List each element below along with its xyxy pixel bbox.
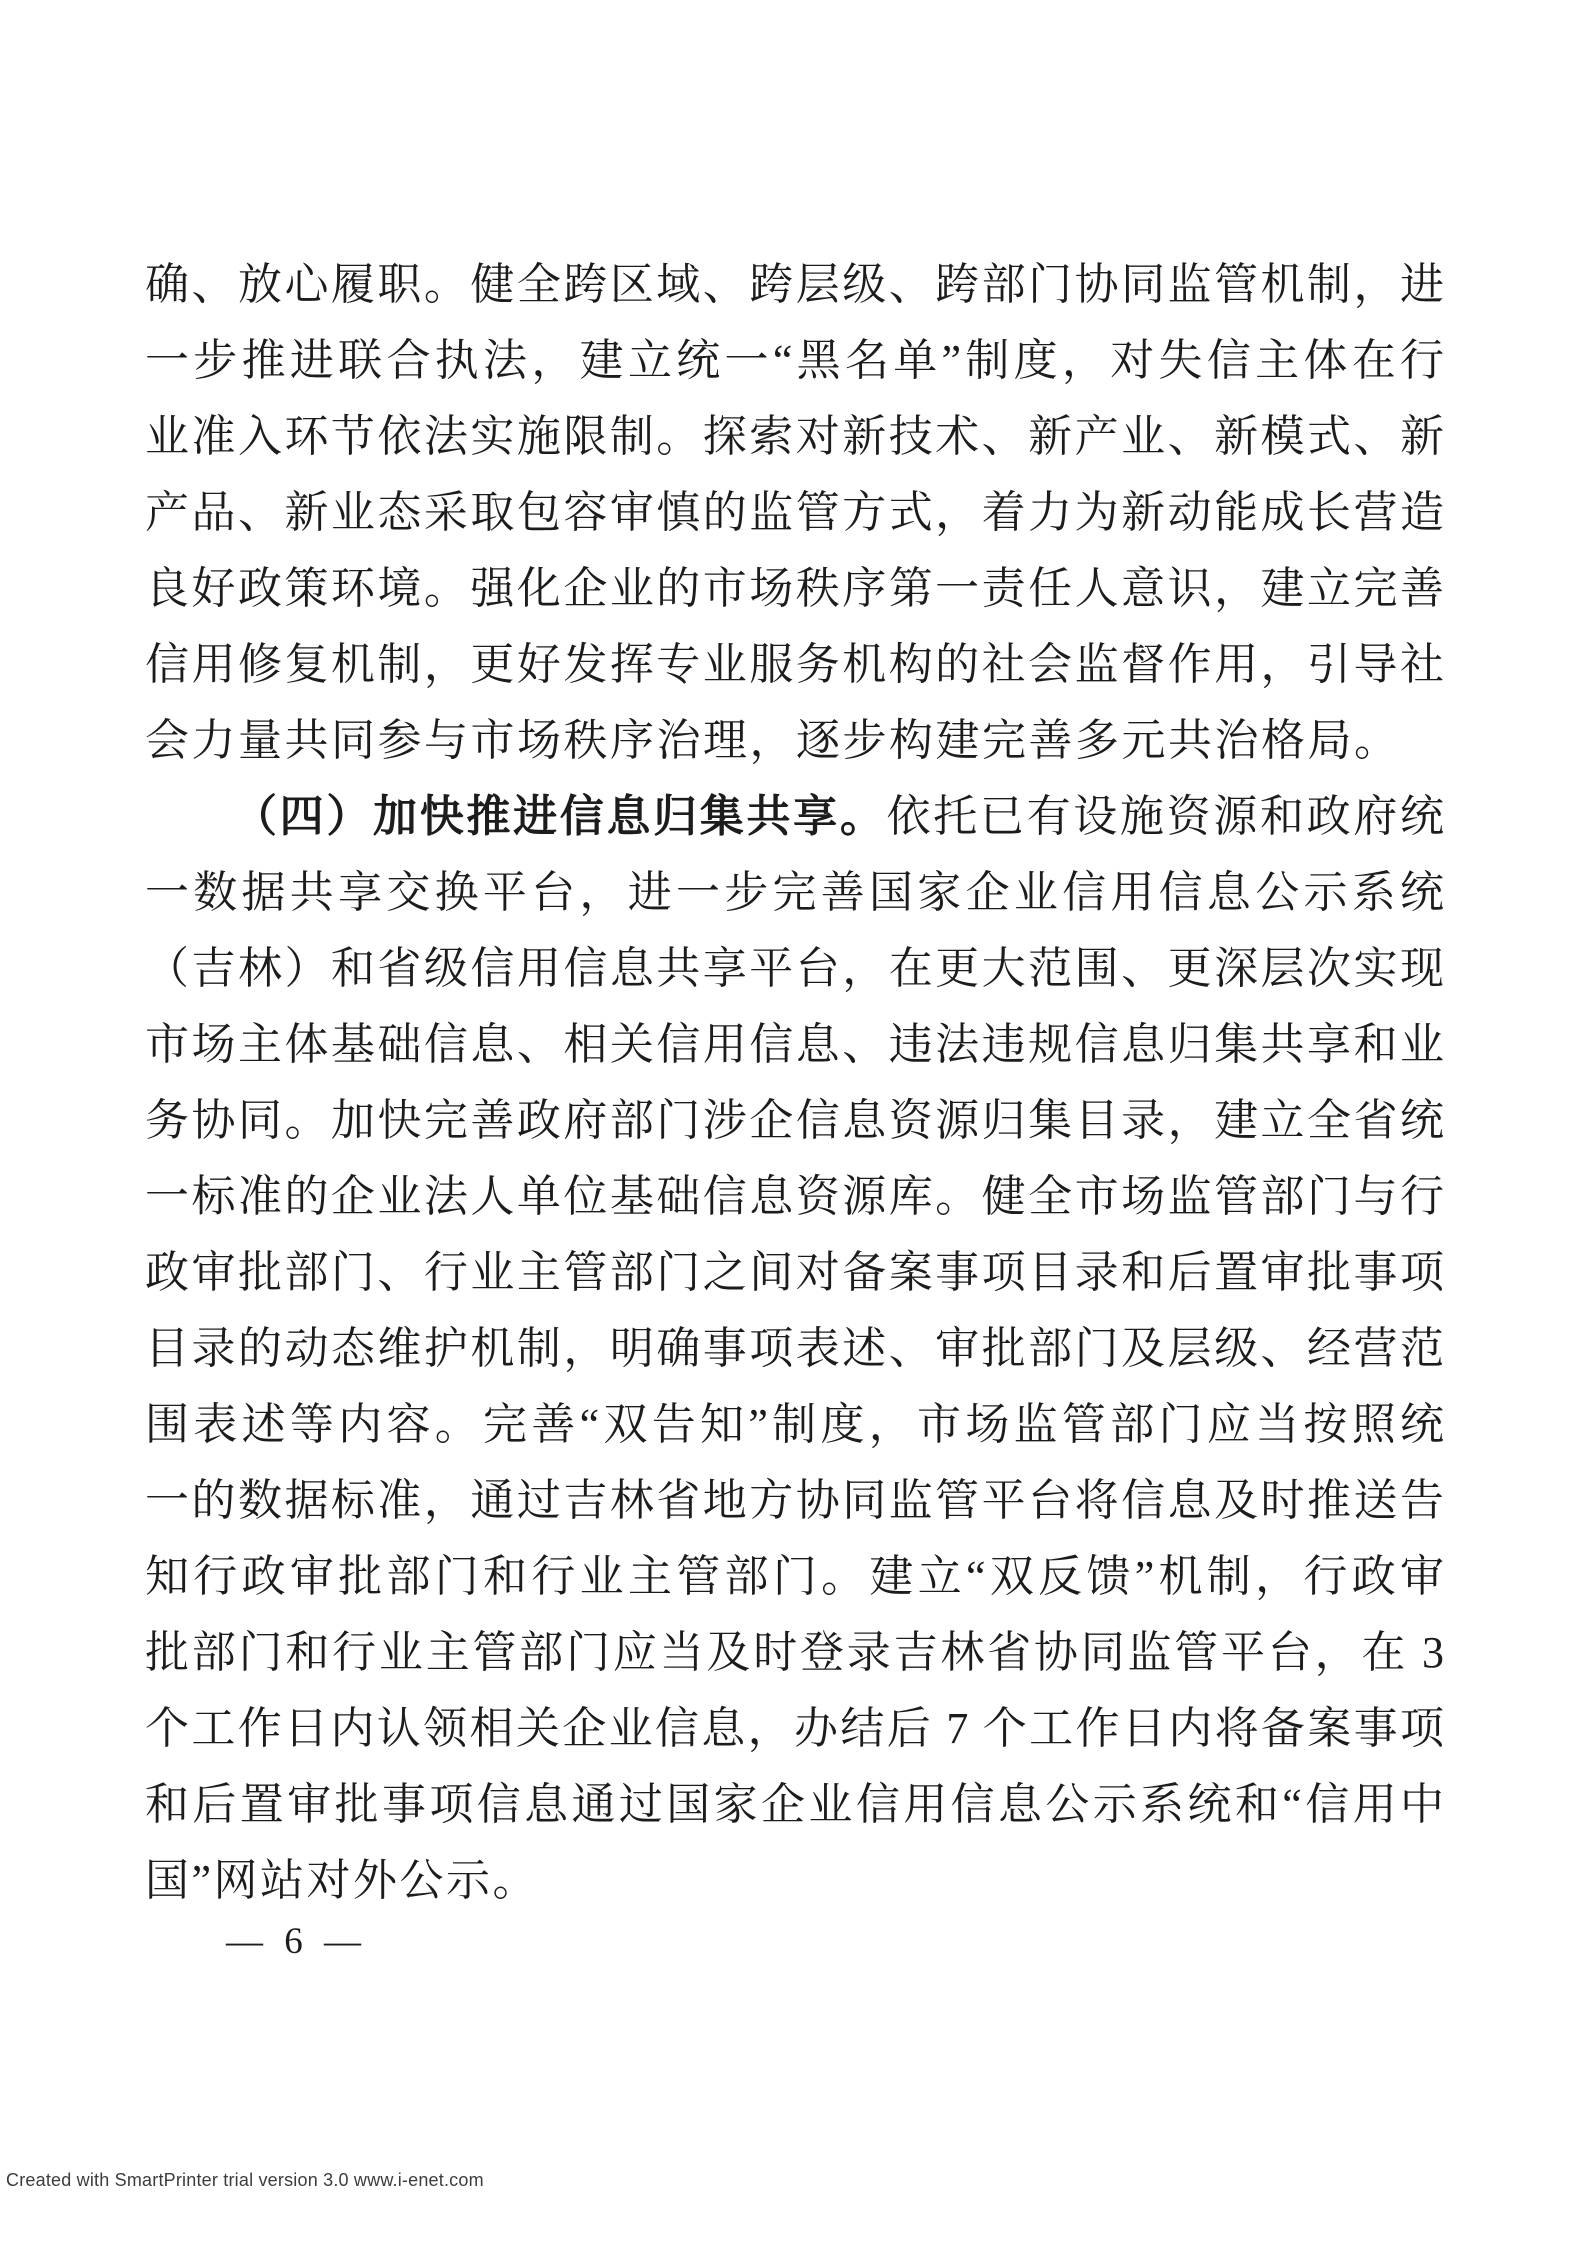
text-line: 市场主体基础信息、相关信用信息、违法违规信息归集共享和业 [145,1007,1445,1083]
text-line: 一标准的企业法人单位基础信息资源库。健全市场监管部门与行 [145,1159,1445,1235]
text-line: 目录的动态维护机制，明确事项表述、审批部门及层级、经营范 [145,1311,1445,1387]
text-line: 确、放心履职。健全跨区域、跨层级、跨部门协同监管机制，进 [145,247,1445,323]
text-line: 个工作日内认领相关企业信息，办结后 7 个工作日内将备案事项 [145,1691,1445,1767]
text-line: 务协同。加快完善政府部门涉企信息资源归集目录，建立全省统 [145,1083,1445,1159]
text-line: 业准入环节依法实施限制。探索对新技术、新产业、新模式、新 [145,399,1445,475]
watermark-text: Created with SmartPrinter trial version … [6,2168,484,2192]
document-body: 确、放心履职。健全跨区域、跨层级、跨部门协同监管机制，进 一步推进联合执法，建立… [145,247,1445,1919]
text-line: 政审批部门、行业主管部门之间对备案事项目录和后置审批事项 [145,1235,1445,1311]
section-heading: （四）加快推进信息归集共享。 [233,792,887,841]
section-heading-rest: 依托已有设施资源和政府统 [887,792,1445,841]
document-page: 确、放心履职。健全跨区域、跨层级、跨部门协同监管机制，进 一步推进联合执法，建立… [0,0,1587,2245]
text-line: 会力量共同参与市场秩序治理，逐步构建完善多元共治格局。 [145,703,1445,779]
text-line: 国”网站对外公示。 [145,1843,1445,1919]
text-line: 良好政策环境。强化企业的市场秩序第一责任人意识，建立完善 [145,551,1445,627]
text-line: 产品、新业态采取包容审慎的监管方式，着力为新动能成长营造 [145,475,1445,551]
page-number: — 6 — [226,1920,367,1964]
text-line: 一的数据标准，通过吉林省地方协同监管平台将信息及时推送告 [145,1463,1445,1539]
text-line: 知行政审批部门和行业主管部门。建立“双反馈”机制，行政审 [145,1539,1445,1615]
text-line: 信用修复机制，更好发挥专业服务机构的社会监督作用，引导社 [145,627,1445,703]
text-line: 一数据共享交换平台，进一步完善国家企业信用信息公示系统 [145,855,1445,931]
section-heading-line: （四）加快推进信息归集共享。依托已有设施资源和政府统 [145,779,1445,855]
text-line: （吉林）和省级信用信息共享平台，在更大范围、更深层次实现 [145,931,1445,1007]
text-line: 和后置审批事项信息通过国家企业信用信息公示系统和“信用中 [145,1767,1445,1843]
text-line: 一步推进联合执法，建立统一“黑名单”制度，对失信主体在行 [145,323,1445,399]
text-line: 围表述等内容。完善“双告知”制度，市场监管部门应当按照统 [145,1387,1445,1463]
text-line: 批部门和行业主管部门应当及时登录吉林省协同监管平台，在 3 [145,1615,1445,1691]
